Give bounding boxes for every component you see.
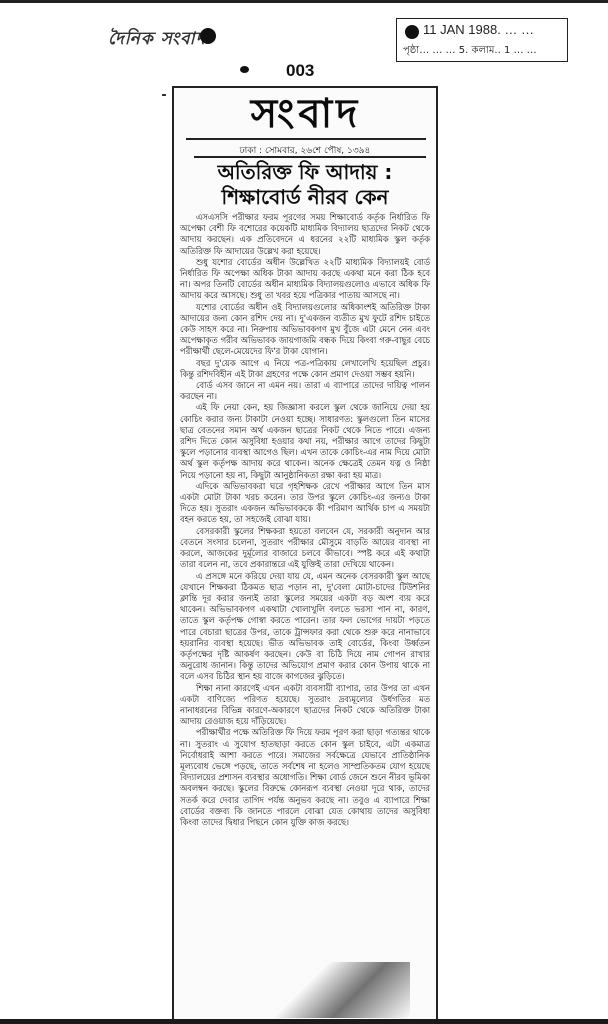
paragraph: শিক্ষা নানা কারণেই এখন একটা ব্যবসায়ী ব্… (180, 683, 430, 728)
scan-bottom-edge (0, 1019, 608, 1024)
paragraph: বছর দু'য়েক আগে এ নিয়ে পত্র-পত্রিকায় ল… (180, 358, 430, 380)
page-number: 5 (459, 45, 465, 56)
paragraph: এ প্রসঙ্গে মনে করিয়ে দেয়া যায় যে, এমন… (180, 571, 430, 683)
page-column-row: পৃষ্ঠা… … … 5. কলাম.. 1 … … (403, 43, 537, 60)
date-stamp-date: 11 JAN 1988. … … (423, 22, 534, 37)
ink-blot (240, 66, 249, 73)
paragraph: বোর্ড এসব জানে না এমন নয়। তারা এ ব্যাপা… (180, 380, 430, 402)
dateline-rule (194, 156, 426, 158)
masthead-rule (186, 138, 426, 140)
article-body: এসএসসি পরীক্ষার ফরম পূরণের সময় শিক্ষাবো… (180, 212, 430, 828)
paragraph: পরীক্ষার্থীর পক্ষে অতিরিক্ত ফি দিয়ে ফরম… (180, 727, 430, 828)
scan-smudge (270, 962, 410, 1018)
newspaper-clipping: সংবাদ ঢাকা : সোমবার, ২৬শে পৌষ, ১৩৯৪ অতির… (172, 86, 438, 1022)
paragraph: এই ফি নেয়া কেন, হয় জিজ্ঞাসা করলে স্কুল… (180, 402, 430, 480)
paragraph: যশোর বোর্ডের অধীন ওই বিদ্যালয়গুলোর অধিক… (180, 302, 430, 358)
headline-line-1: অতিরিক্ত ফি আদায় : (174, 160, 436, 185)
page-label: পৃষ্ঠা (403, 45, 419, 56)
clipping-number: 003 (286, 61, 314, 81)
article-headline: অতিরিক্ত ফি আদায় : শিক্ষাবোর্ড নীরব কেন (174, 160, 436, 210)
punch-hole-icon (200, 28, 216, 44)
scan-top-edge (0, 0, 608, 3)
date-stamp-box: 11 JAN 1988. … … পৃষ্ঠা… … … 5. কলাম.. 1… (396, 18, 568, 62)
publication-stamp: দৈনিক সংবাদ (108, 26, 206, 54)
headline-line-2: শিক্ষাবোর্ড নীরব কেন (174, 185, 436, 210)
paragraph: এদিকে অভিভাবকরা ঘরে গৃহশিক্ষক রেখে পরীক্… (180, 481, 430, 526)
column-label: কলাম (471, 45, 494, 56)
paragraph: এসএসসি পরীক্ষার ফরম পূরণের সময় শিক্ষাবো… (180, 212, 430, 257)
paragraph: বেসরকারী স্কুলের শিক্ষকরা হয়তো বলবেন যে… (180, 526, 430, 571)
punch-hole-icon (405, 25, 419, 39)
paragraph: শুধু যশোর বোর্ডের অধীন উল্লেখিত ২২টি মাধ… (180, 257, 430, 302)
stamp-date: 11 JAN 1988. (423, 22, 501, 37)
margin-mark (162, 94, 166, 96)
newspaper-masthead: সংবাদ (188, 92, 424, 136)
column-number: 1 (504, 45, 510, 56)
